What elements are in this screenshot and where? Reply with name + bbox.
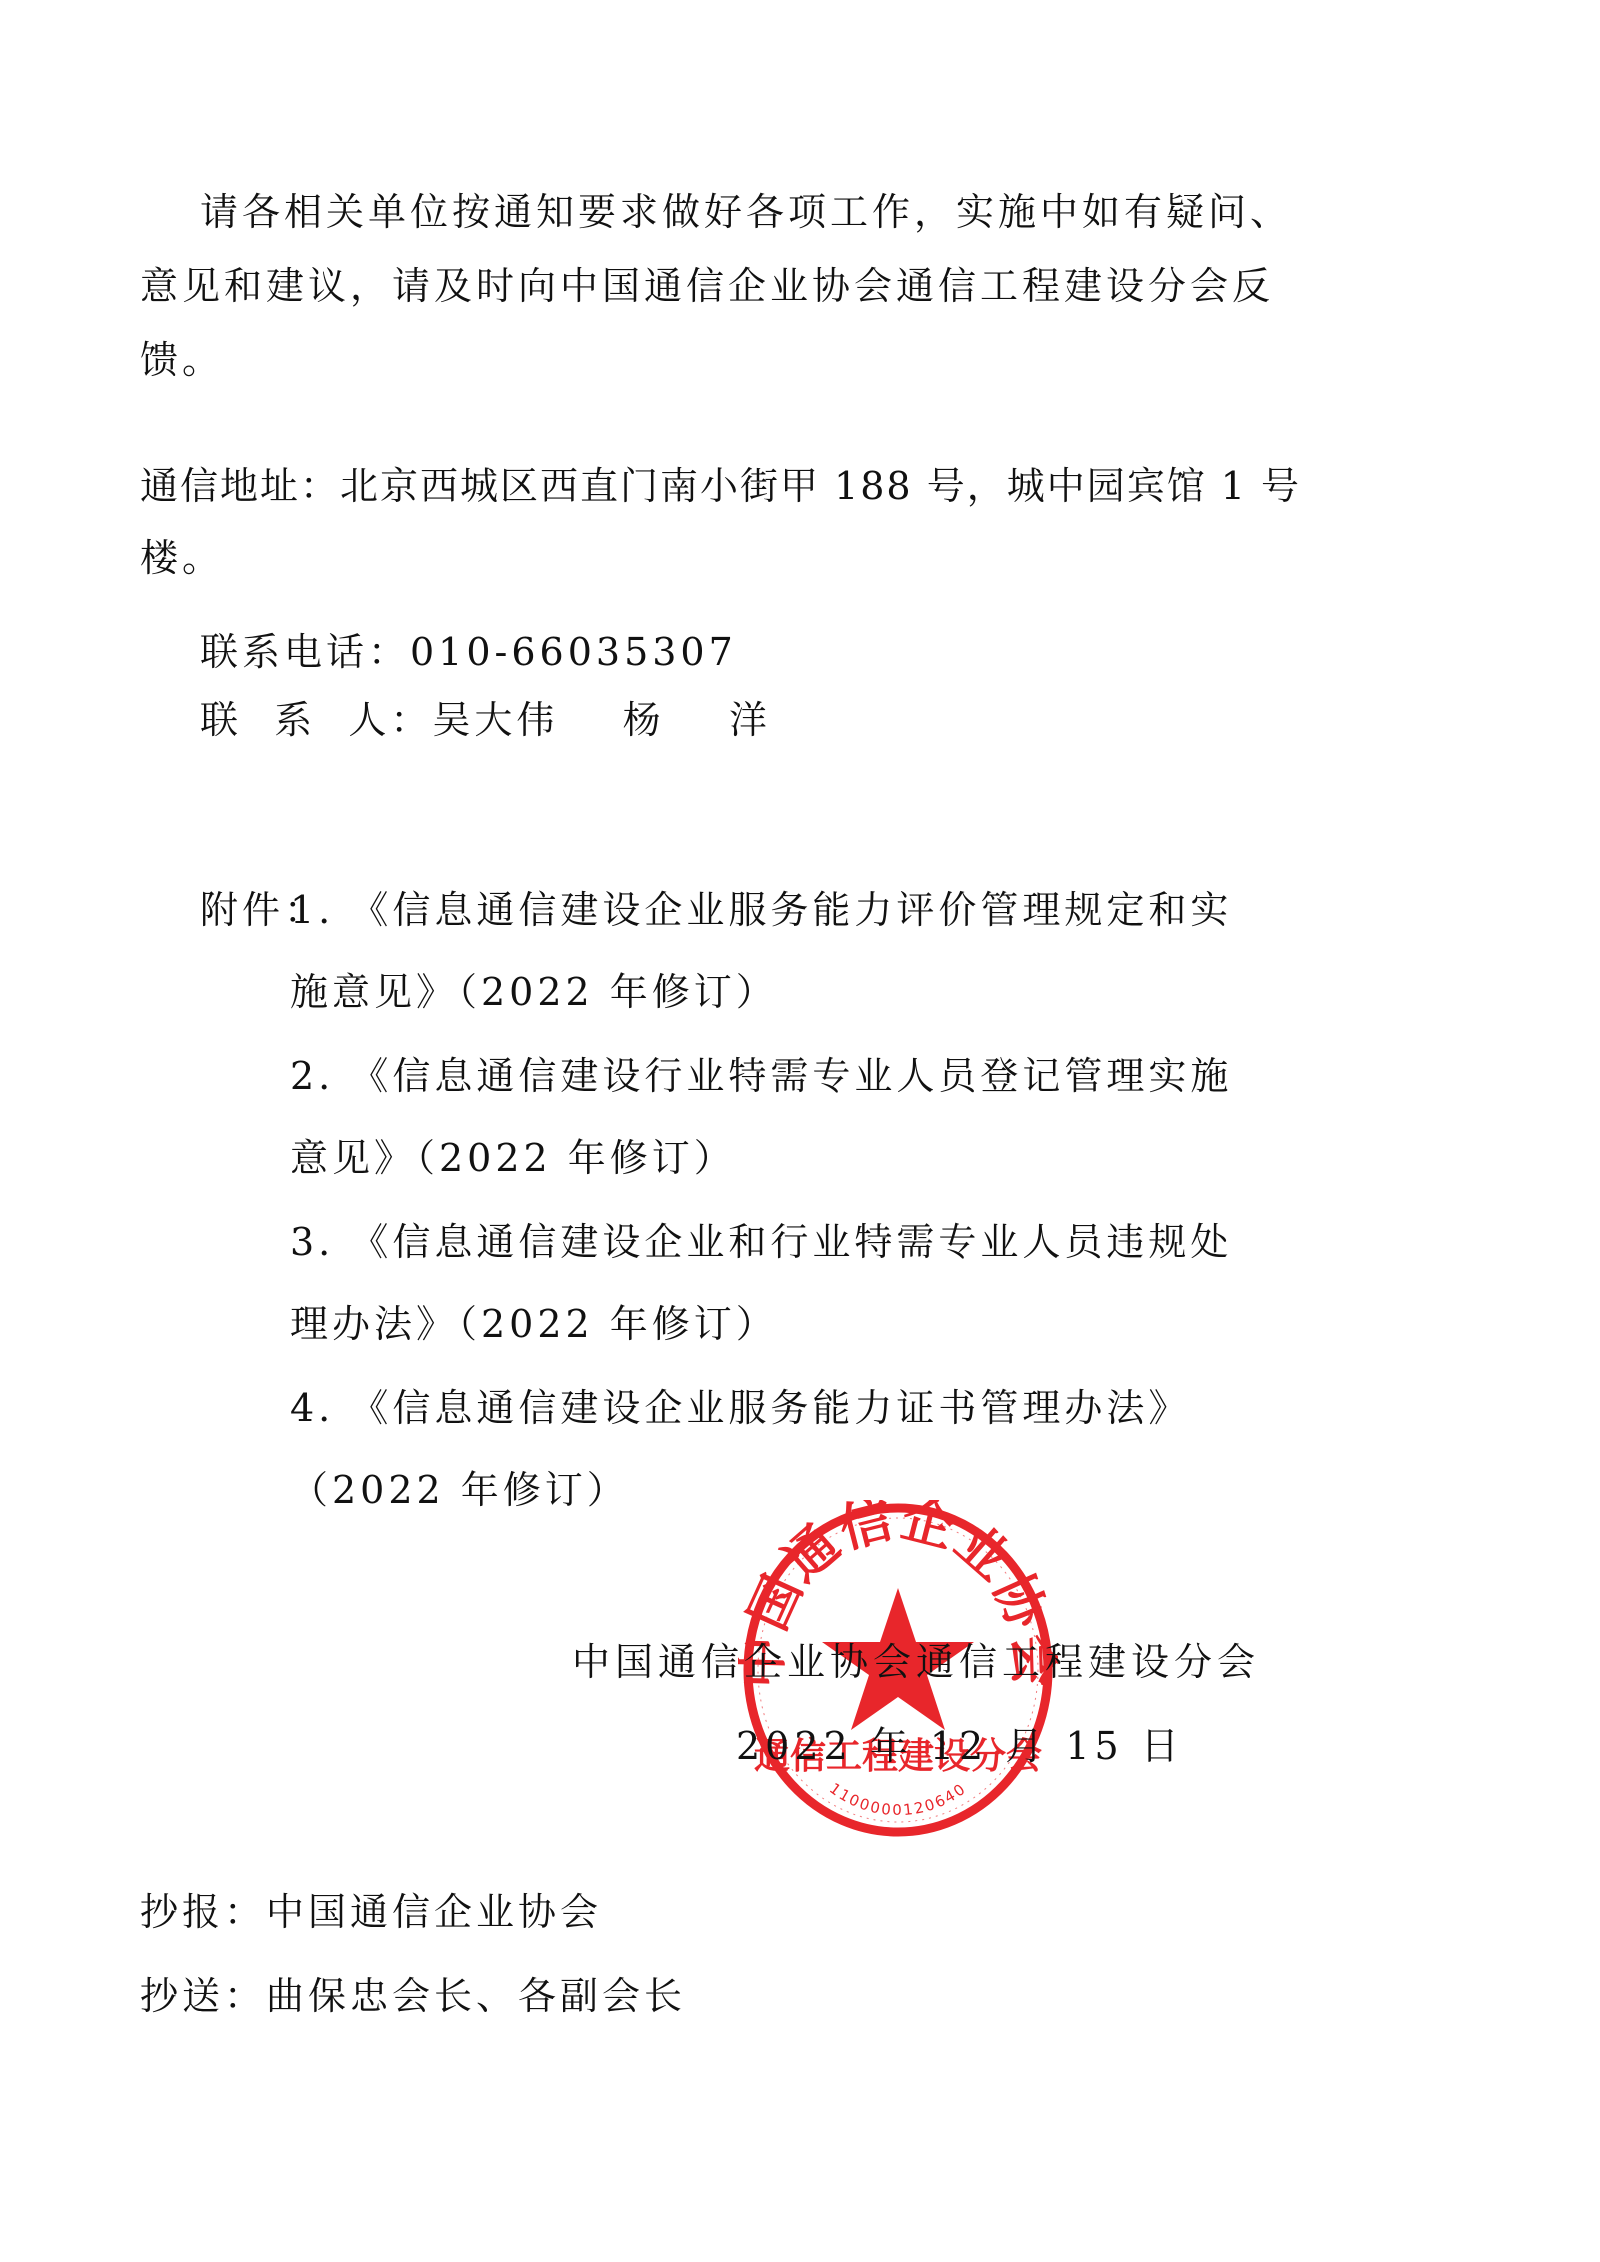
paragraph-notice-line-2: 意见和建议，请及时向中国通信企业协会通信工程建设分会反 — [140, 262, 1274, 310]
address-line-2: 楼。 — [140, 534, 224, 582]
attachment-2-line-2: 意见》（2022 年修订） — [290, 1134, 736, 1182]
report-to: 抄报：中国通信企业协会 — [140, 1888, 602, 1936]
attachment-3-line-2: 理办法》（2022 年修订） — [290, 1300, 778, 1348]
attachment-4-line-1: 4. 《信息通信建设企业服务能力证书管理办法》 — [290, 1384, 1190, 1432]
attachment-1-line-1: 1. 《信息通信建设企业服务能力评价管理规定和实 — [290, 886, 1232, 934]
copy-to: 抄送：曲保忠会长、各副会长 — [140, 1972, 686, 2020]
address-line-1: 通信地址：北京西城区西直门南小街甲 188 号，城中园宾馆 1 号 — [140, 462, 1301, 510]
attachment-4-line-2: （2022 年修订） — [290, 1466, 629, 1514]
paragraph-notice-line-3: 馈。 — [140, 336, 224, 384]
contact-persons: 联 系 人：吴大伟 杨 洋 — [200, 696, 771, 744]
attachment-1-line-2: 施意见》（2022 年修订） — [290, 968, 778, 1016]
paragraph-notice-line-1: 请各相关单位按通知要求做好各项工作，实施中如有疑问、 — [200, 188, 1292, 236]
signature-organization: 中国通信企业协会通信工程建设分会 — [572, 1638, 1260, 1686]
svg-text:1100000120640: 1100000120640 — [826, 1779, 970, 1819]
signature-date: 2022 年 12 月 15 日 — [736, 1722, 1184, 1770]
attachment-3-line-1: 3. 《信息通信建设企业和行业特需专业人员违规处 — [290, 1218, 1232, 1266]
contact-phone: 联系电话：010-66035307 — [200, 628, 737, 676]
attachment-2-line-1: 2. 《信息通信建设行业特需专业人员登记管理实施 — [290, 1052, 1232, 1100]
